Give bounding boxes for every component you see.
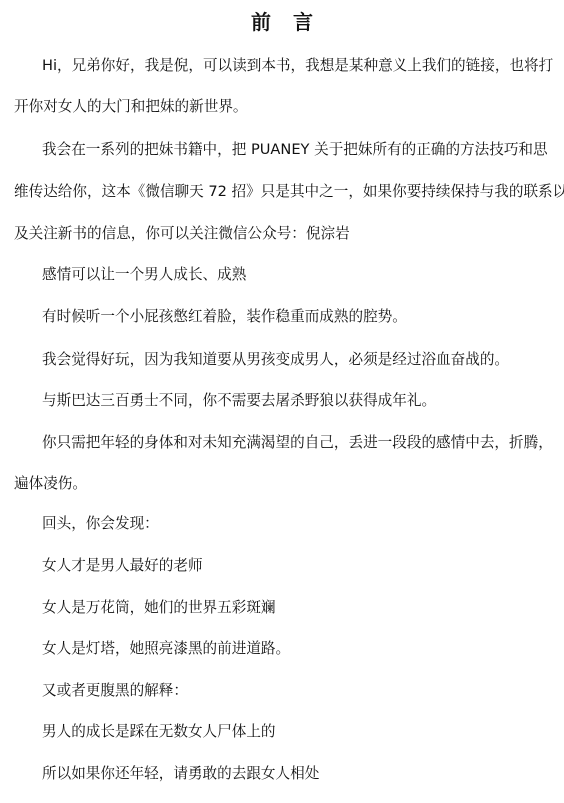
paragraph-line: 开你对女人的大门和把妹的新世界。 bbox=[14, 97, 559, 117]
paragraph-line: 男人的成长是踩在无数女人尸体上的 bbox=[42, 722, 564, 742]
paragraph-line: 维传达给你，这本《微信聊天 72 招》只是其中之一，如果你要持续保持与我的联系以 bbox=[14, 182, 559, 202]
paragraph-line: 所以如果你还年轻，请勇敢的去跟女人相处 bbox=[42, 764, 564, 784]
page-title: 前言 bbox=[0, 8, 564, 36]
paragraph-line: 感情可以让一个男人成长、成熟 bbox=[42, 265, 564, 285]
paragraph-line: 及关注新书的信息，你可以关注微信公众号：倪淙岩 bbox=[14, 224, 559, 244]
paragraph-line: 我会觉得好玩，因为我知道要从男孩变成男人，必须是经过浴血奋战的。 bbox=[42, 350, 564, 370]
paragraph-line: 我会在一系列的把妹书籍中，把 PUANEY 关于把妹所有的正确的方法技巧和思 bbox=[42, 140, 564, 160]
paragraph-line: 遍体凌伤。 bbox=[14, 474, 559, 494]
paragraph-line: Hi，兄弟你好，我是倪，可以读到本书，我想是某种意义上我们的链接，也将打 bbox=[42, 56, 564, 76]
paragraph-line: 与斯巴达三百勇士不同，你不需要去屠杀野狼以获得成年礼。 bbox=[42, 391, 564, 411]
paragraph-line: 有时候听一个小屁孩憋红着脸，装作稳重而成熟的腔势。 bbox=[42, 307, 564, 327]
paragraph-line: 女人是灯塔，她照亮漆黑的前进道路。 bbox=[42, 639, 564, 659]
paragraph-line: 你只需把年轻的身体和对未知充满渴望的自己，丢进一段段的感情中去，折腾， bbox=[42, 433, 564, 453]
paragraph-line: 又或者更腹黑的解释： bbox=[42, 681, 564, 701]
paragraph-line: 女人才是男人最好的老师 bbox=[42, 556, 564, 576]
paragraph-line: 女人是万花筒，她们的世界五彩斑斓 bbox=[42, 598, 564, 618]
paragraph-line: 回头，你会发现： bbox=[42, 514, 564, 534]
